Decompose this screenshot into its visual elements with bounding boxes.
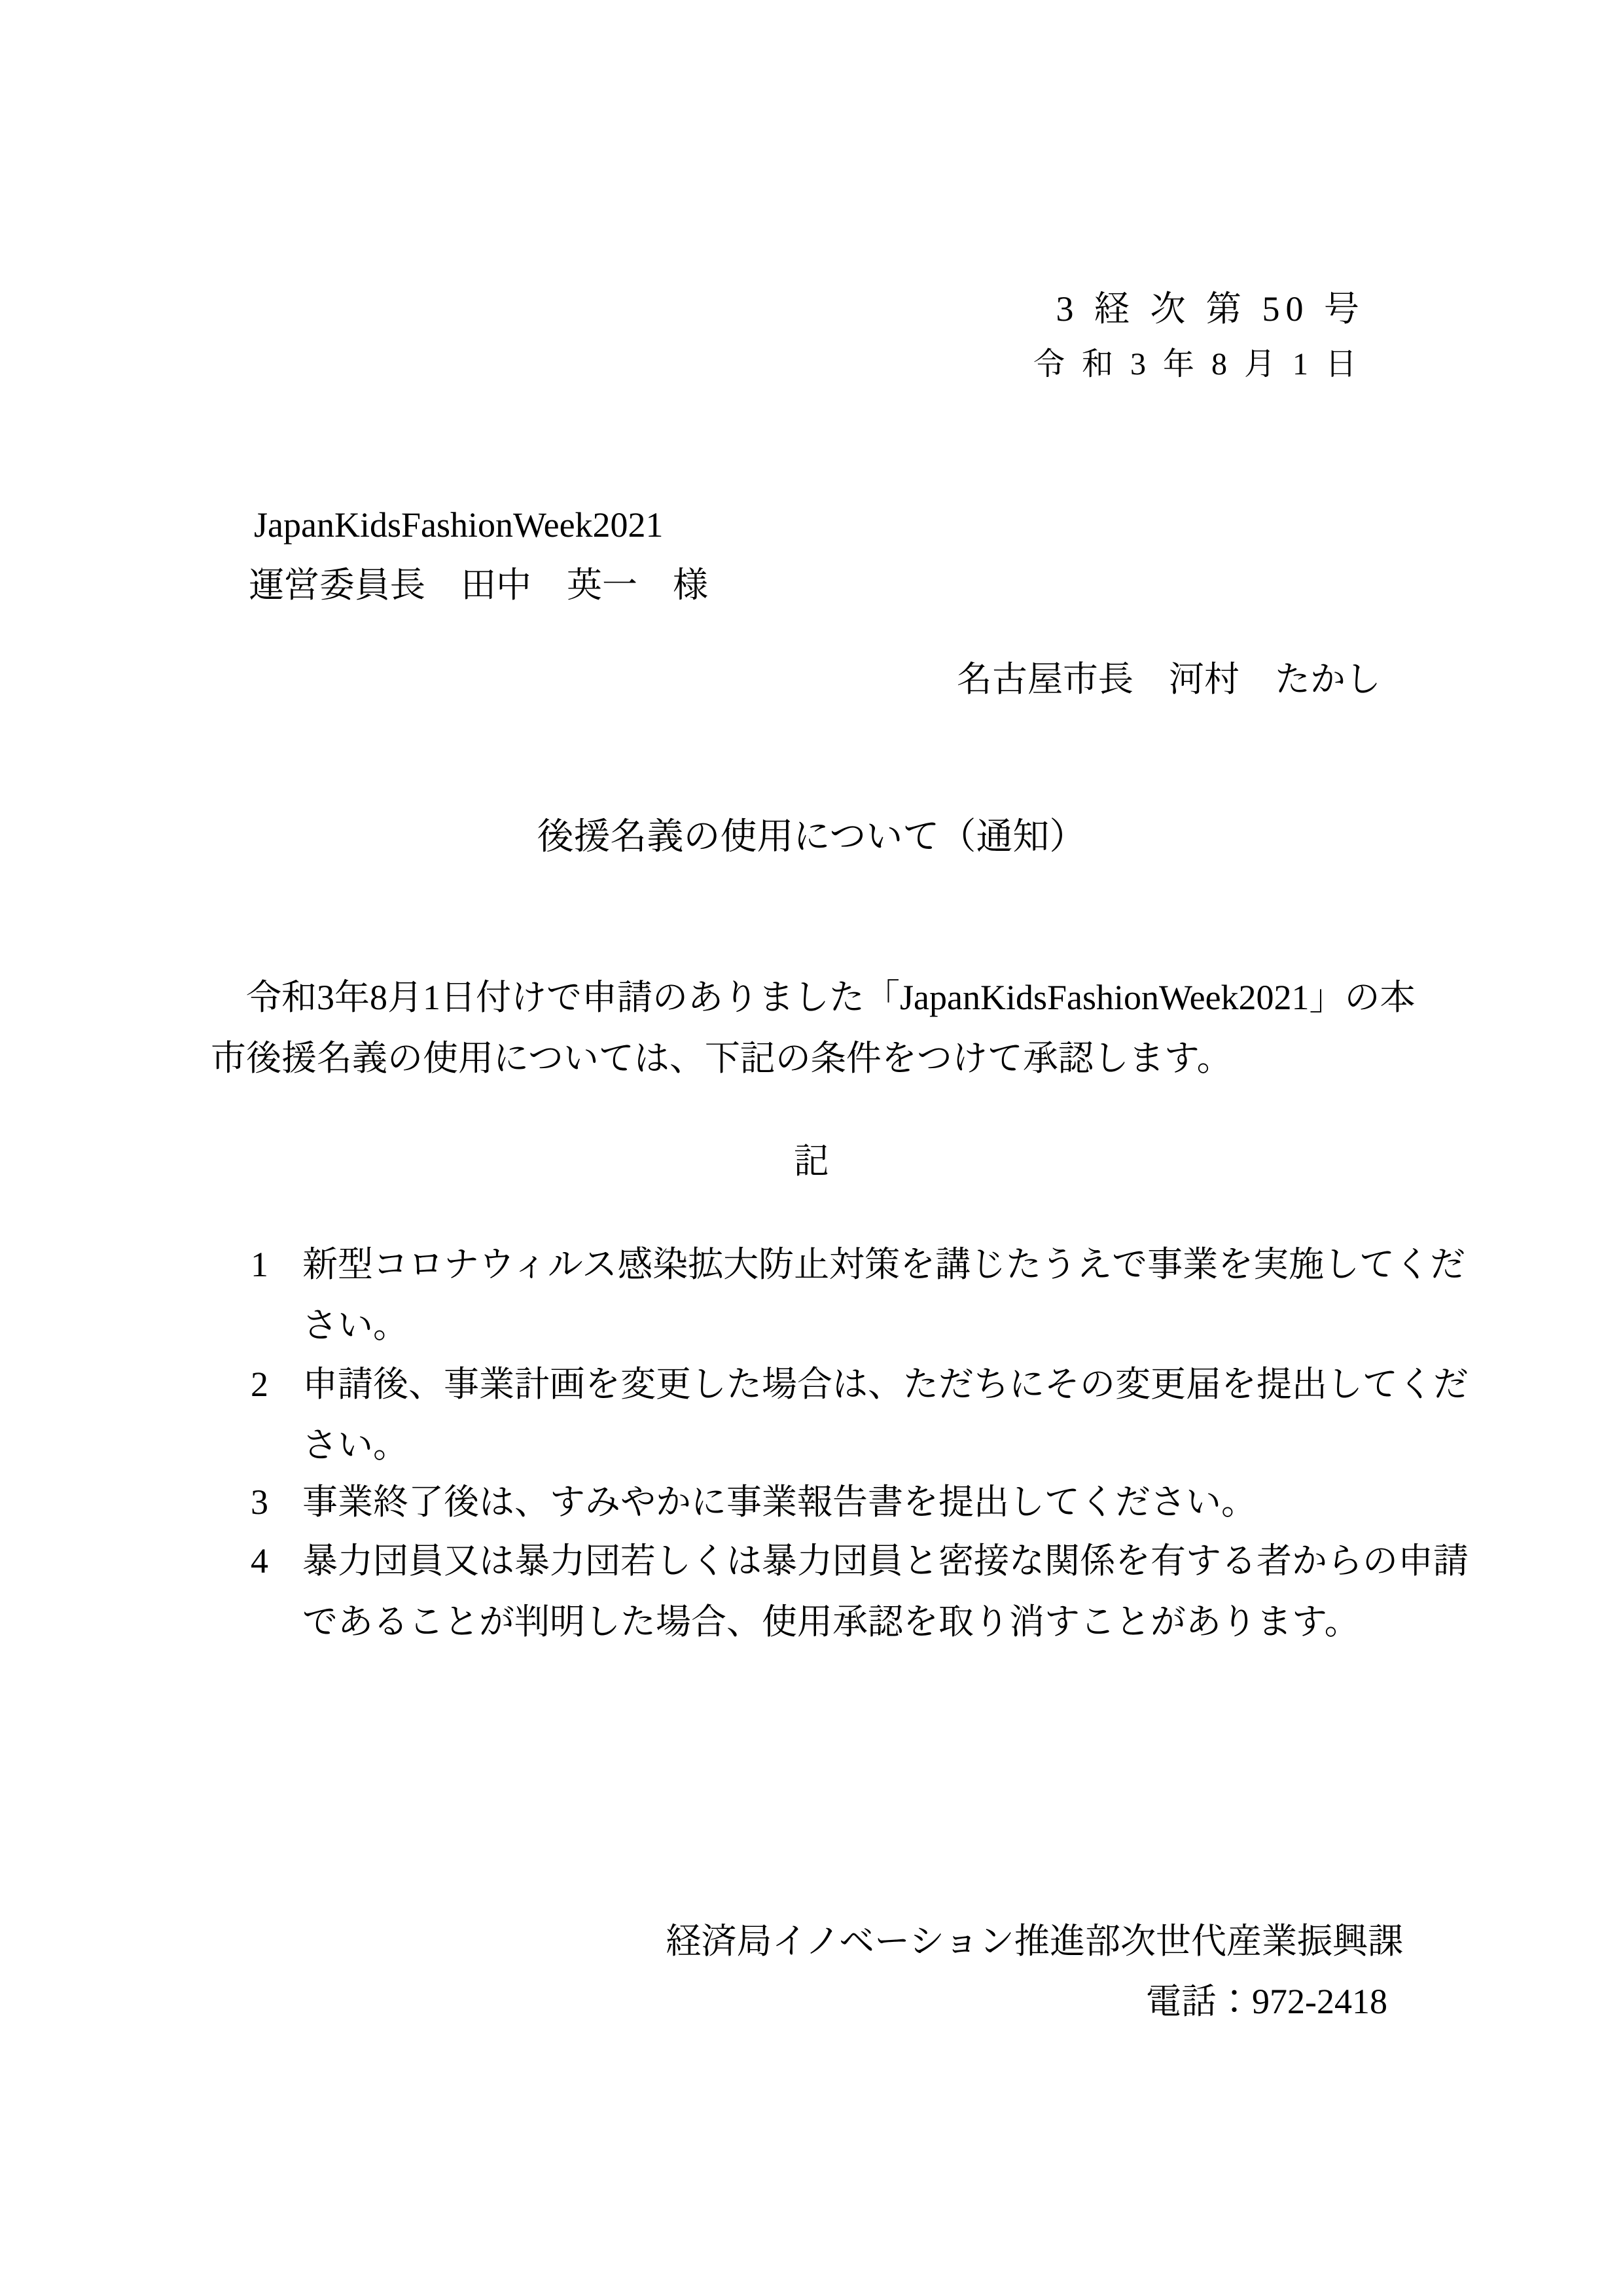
condition-item-1: 1新型コロナウィルス感染拡大防止対策を講じたうえで事業を実施してくだ xyxy=(251,1244,1465,1286)
issue-date: 令 和 3 年 8 月 1 日 xyxy=(1033,346,1361,384)
body-paragraph-line: 市後援名義の使用については、下記の条件をつけて承認します。 xyxy=(211,1037,1232,1080)
document-number: 3 経 次 第 50 号 xyxy=(1056,288,1366,331)
condition-item-4: 4暴力団員又は暴力団若しくは暴力団員と密接な関係を有する者からの申請 xyxy=(251,1540,1469,1583)
condition-item-2-number: 2 xyxy=(251,1363,302,1406)
document-page: 3 経 次 第 50 号 令 和 3 年 8 月 1 日 JapanKidsFa… xyxy=(0,0,1623,2296)
condition-item-2-continuation: さい。 xyxy=(302,1424,408,1467)
footer-department: 経済局イノベーション推進部次世代産業振興課 xyxy=(666,1920,1403,1963)
sender-signature: 名古屋市長 河村 たかし xyxy=(957,658,1381,701)
condition-item-3-number: 3 xyxy=(251,1481,302,1524)
condition-item-4-text: 暴力団員又は暴力団若しくは暴力団員と密接な関係を有する者からの申請 xyxy=(302,1541,1469,1581)
condition-item-3: 3事業終了後は、すみやかに事業報告書を提出してください。 xyxy=(251,1481,1257,1524)
addressee-person: 運営委員長 田中 英一 様 xyxy=(249,564,708,607)
record-marker: 記 xyxy=(0,1140,1623,1183)
condition-item-3-text: 事業終了後は、すみやかに事業報告書を提出してください。 xyxy=(302,1482,1257,1522)
condition-item-1-continuation: さい。 xyxy=(302,1304,408,1347)
body-paragraph-line: 令和3年8月1日付けで申請のありました「JapanKidsFashionWeek… xyxy=(211,977,1416,1019)
condition-item-4-number: 4 xyxy=(251,1540,302,1583)
condition-item-4-continuation: であることが判明した場合、使用承認を取り消すことがあります。 xyxy=(302,1601,1360,1643)
condition-item-2-text: 申請後、事業計画を変更した場合は、ただちにその変更届を提出してくだ xyxy=(302,1365,1469,1404)
footer-phone: 電話：972-2418 xyxy=(1146,1981,1387,2023)
addressee-organization: JapanKidsFashionWeek2021 xyxy=(254,504,664,547)
condition-item-1-number: 1 xyxy=(251,1244,302,1286)
condition-item-1-text: 新型コロナウィルス感染拡大防止対策を講じたうえで事業を実施してくだ xyxy=(302,1245,1465,1284)
document-title: 後援名義の使用について（通知） xyxy=(0,816,1623,859)
condition-item-2: 2申請後、事業計画を変更した場合は、ただちにその変更届を提出してくだ xyxy=(251,1363,1469,1406)
